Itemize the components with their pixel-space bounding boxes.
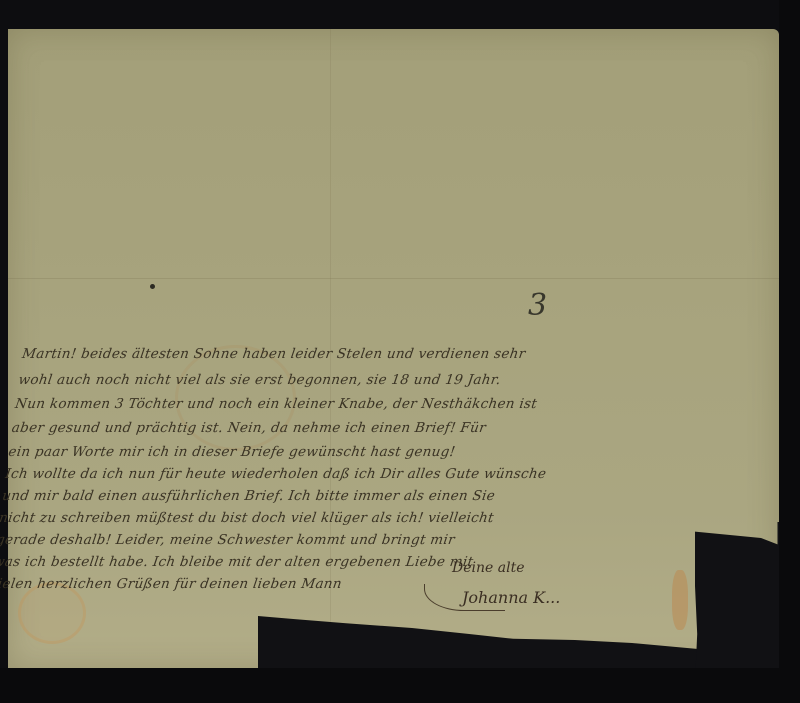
scan-background [779, 0, 800, 703]
text-line: ein paar Worte mir ich in dieser Briefe … [7, 444, 456, 460]
text-line: wohl auch noch nicht viel als sie erst b… [17, 372, 501, 388]
text-line: gerade deshalb! Leider, meine Schwester … [0, 532, 456, 548]
text-line: aber gesund und prächtig ist. Nein, da n… [11, 420, 487, 436]
ink-speck [150, 284, 155, 289]
edge-stain [672, 570, 688, 630]
page-number: 3 [528, 288, 547, 323]
text-line: nicht zu schreiben müßtest du bist doch … [0, 510, 495, 526]
text-line: und mir bald einen ausführlichen Brief. … [1, 488, 496, 504]
text-line: Ich wollte da ich nun für heute wiederho… [4, 466, 547, 482]
text-line: Martin! beides ältesten Sohne haben leid… [21, 346, 526, 362]
scan-background [0, 668, 800, 703]
closing-text: Deine alte [452, 560, 524, 576]
text-line: Nun kommen 3 Töchter und noch ein kleine… [14, 396, 538, 412]
text-line: vielen herzlichen Grüßen für deinen lieb… [0, 576, 343, 592]
text-line: was ich bestellt habe. Ich bleibe mit de… [0, 554, 474, 570]
document-scan: 3 Martin! beides ältesten Sohne haben le… [0, 0, 800, 703]
signature: Johanna K... [462, 588, 560, 607]
fold-line [8, 278, 779, 279]
